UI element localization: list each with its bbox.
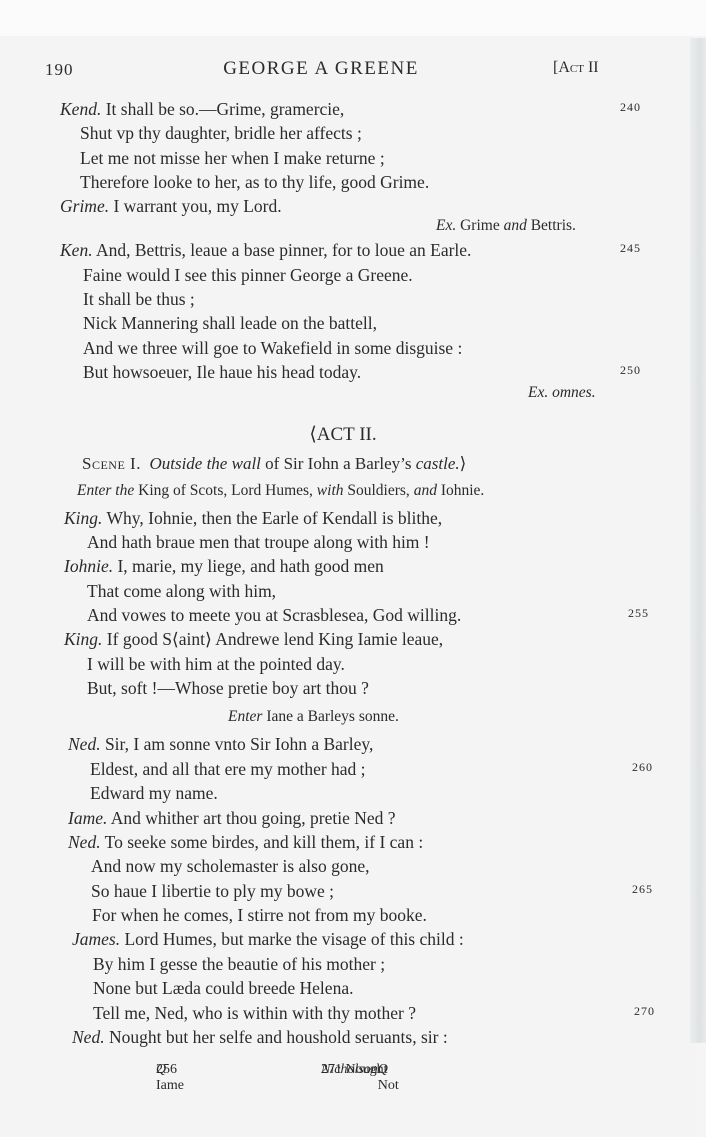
speaker-name: Ned. xyxy=(72,1027,105,1047)
stage-direction-entrance: Enter the King of Scots, Lord Humes, wit… xyxy=(0,479,706,503)
speaker-name: Ned. xyxy=(68,734,101,754)
speaker-name: Ned. xyxy=(68,832,101,852)
speaker-name: Grime. xyxy=(60,196,109,216)
verse-text: But, soft !—Whose pretie boy art thou ? xyxy=(87,676,369,700)
verse-text: Nick Mannering shall leade on the battel… xyxy=(83,311,377,335)
verse-line: But, soft !—Whose pretie boy art thou ? xyxy=(0,676,706,700)
act-marker: [Act II xyxy=(553,59,599,77)
verse-line: Therefore looke to her, as to thy life, … xyxy=(0,170,706,194)
verse-line: For when he comes, I stirre not from my … xyxy=(0,903,706,927)
top-margin xyxy=(0,0,706,36)
footnote: 271 Nought Nicholson : Not Q xyxy=(321,1062,388,1078)
verse-line: And vowes to meete you at Scrasblesea, G… xyxy=(0,603,706,627)
verse-line: King. If good S⟨aint⟩ Andrewe lend King … xyxy=(0,627,706,651)
verse-text: And vowes to meete you at Scrasblesea, G… xyxy=(87,603,461,627)
verse-text: And now my scholemaster is also gone, xyxy=(91,854,370,878)
verse-line: Nick Mannering shall leade on the battel… xyxy=(0,311,706,335)
verse-line: None but Læda could breede Helena. xyxy=(0,976,706,1000)
verse-line: It shall be thus ; xyxy=(0,287,706,311)
verse-text: To seeke some birdes, and kill them, if … xyxy=(105,832,424,852)
verse-line: Ned. Sir, I am sonne vnto Sir Iohn a Bar… xyxy=(0,732,706,756)
line-number: 255 xyxy=(628,601,649,625)
line-number: 265 xyxy=(632,877,653,901)
verse-line: Ned. To seeke some birdes, and kill them… xyxy=(0,830,706,854)
verse-text: By him I gesse the beautie of his mother… xyxy=(93,952,385,976)
verse-line: By him I gesse the beautie of his mother… xyxy=(0,952,706,976)
verse-text: I warrant you, my Lord. xyxy=(113,196,281,216)
verse-line: And we three will goe to Wakefield in so… xyxy=(0,336,706,360)
speaker-name: Iame. xyxy=(68,808,107,828)
verse-line: King. Why, Iohnie, then the Earle of Ken… xyxy=(0,506,706,530)
verse-text: Why, Iohnie, then the Earle of Kendall i… xyxy=(106,508,442,528)
stage-direction-entrance: Enter Iane a Barleys sonne. xyxy=(0,705,706,729)
line-number: 260 xyxy=(632,755,653,779)
verse-line: That come along with him, xyxy=(0,579,706,603)
verse-line: Edward my name. xyxy=(0,781,706,805)
line-number: 240 xyxy=(620,95,641,119)
verse-line: Shut vp thy daughter, bridle her affects… xyxy=(0,121,706,145)
verse-text: Sir, I am sonne vnto Sir Iohn a Barley, xyxy=(105,734,373,754)
speaker-name: King. xyxy=(64,508,102,528)
verse-line: Iame. And whither art thou going, pretie… xyxy=(0,806,706,830)
speaker-name: Kend. xyxy=(60,99,101,119)
speaker-name: James. xyxy=(72,929,120,949)
verse-line: Iohnie. I, marie, my liege, and hath goo… xyxy=(0,554,706,578)
verse-line: Ned. Nought but her selfe and houshold s… xyxy=(0,1025,706,1049)
footnote: 256 Iame Q xyxy=(156,1062,166,1078)
scene-heading: Scene I. Outside the wall of Sir Iohn a … xyxy=(0,452,706,476)
speaker-name: Ken. xyxy=(60,240,93,260)
verse-line: Let me not misse her when I make returne… xyxy=(0,146,706,170)
verse-line: James. Lord Humes, but marke the visage … xyxy=(0,927,706,951)
running-header: 190 GEORGE A GREENE [Act II xyxy=(0,58,706,82)
verse-text: So haue I libertie to ply my bowe ; xyxy=(91,879,334,903)
verse-text: That come along with him, xyxy=(87,579,276,603)
verse-text: And, Bettris, leaue a base pinner, for t… xyxy=(96,240,471,260)
verse-text: Nought but her selfe and houshold seruan… xyxy=(109,1027,448,1047)
verse-line: And now my scholemaster is also gone, xyxy=(0,854,706,878)
speaker-name: King. xyxy=(64,629,102,649)
verse-line: Ken. And, Bettris, leaue a base pinner, … xyxy=(0,238,706,262)
verse-text: I, marie, my liege, and hath good men xyxy=(117,556,383,576)
verse-text: Let me not misse her when I make returne… xyxy=(80,146,385,170)
verse-text: Shut vp thy daughter, bridle her affects… xyxy=(80,121,362,145)
verse-text: For when he comes, I stirre not from my … xyxy=(92,903,427,927)
verse-text: I will be with him at the pointed day. xyxy=(87,652,345,676)
line-number: 250 xyxy=(620,358,641,382)
verse-text: Faine would I see this pinner George a G… xyxy=(83,263,413,287)
stage-direction: Ex. Grime and Bettris. xyxy=(0,214,706,238)
verse-line: So haue I libertie to ply my bowe ; 265 xyxy=(0,879,706,903)
verse-line: I will be with him at the pointed day. xyxy=(0,652,706,676)
verse-text: If good S⟨aint⟩ Andrewe lend King Iamie … xyxy=(107,629,443,649)
verse-text: Tell me, Ned, who is within with thy mot… xyxy=(93,1001,416,1025)
verse-line: Kend. It shall be so.—Grime, gramercie, … xyxy=(0,97,706,121)
verse-line: Eldest, and all that ere my mother had ;… xyxy=(0,757,706,781)
verse-text: And whither art thou going, pretie Ned ? xyxy=(111,808,396,828)
speaker-name: Iohnie. xyxy=(64,556,113,576)
verse-line: And hath braue men that troupe along wit… xyxy=(0,530,706,554)
verse-text: And hath braue men that troupe along wit… xyxy=(87,530,430,554)
verse-text: Therefore looke to her, as to thy life, … xyxy=(80,170,429,194)
verse-text: It shall be so.—Grime, gramercie, xyxy=(106,99,345,119)
act-heading: ⟨ACT II. xyxy=(0,423,696,446)
verse-text: And we three will goe to Wakefield in so… xyxy=(83,336,462,360)
verse-text: None but Læda could breede Helena. xyxy=(93,976,353,1000)
verse-text: Lord Humes, but marke the visage of this… xyxy=(124,929,463,949)
stage-direction: Ex. omnes. xyxy=(0,381,706,405)
verse-line: Tell me, Ned, who is within with thy mot… xyxy=(0,1001,706,1025)
verse-text: Edward my name. xyxy=(90,781,218,805)
line-number: 245 xyxy=(620,236,641,260)
line-number: 270 xyxy=(634,999,655,1023)
verse-text: Eldest, and all that ere my mother had ; xyxy=(90,757,366,781)
verse-line: Faine would I see this pinner George a G… xyxy=(0,263,706,287)
verse-text: It shall be thus ; xyxy=(83,287,195,311)
